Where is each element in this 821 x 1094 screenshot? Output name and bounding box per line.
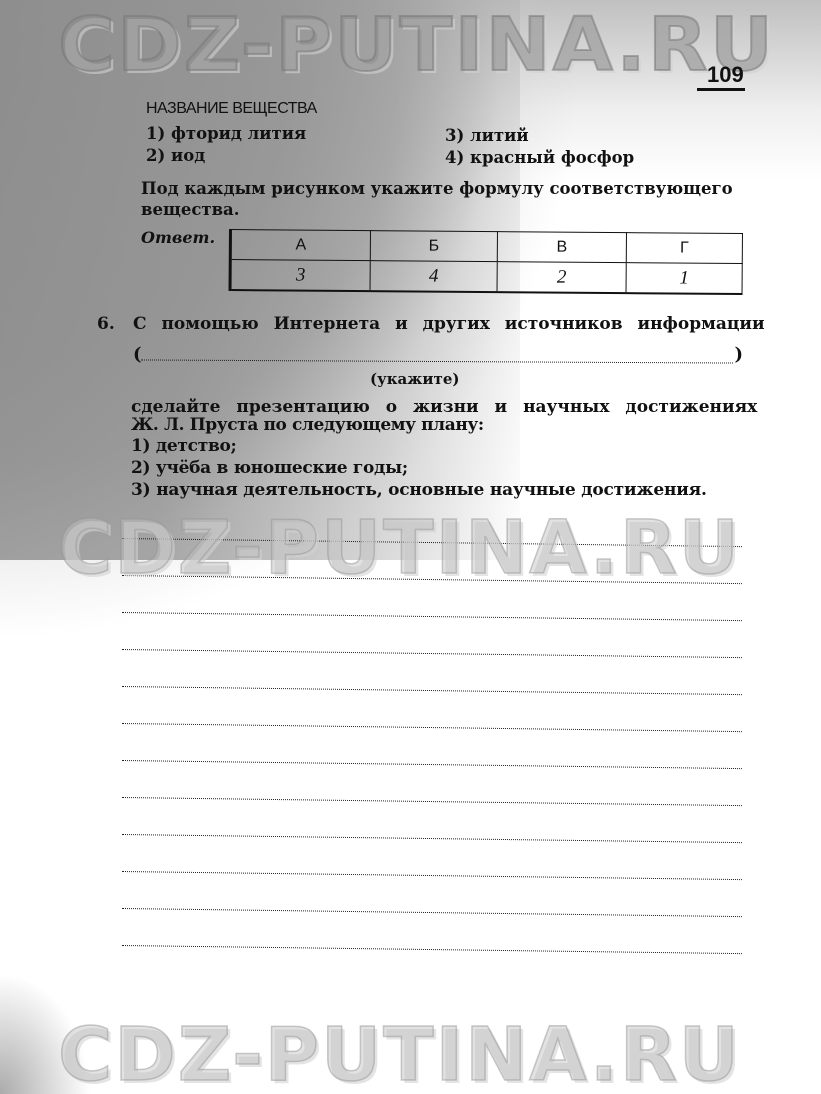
watermark-top: CDZ-PUTINA.RU xyxy=(58,2,775,88)
substances-heading: НАЗВАНИЕ ВЕЩЕСТВА xyxy=(146,100,317,118)
paren-open: ( xyxy=(133,344,142,365)
answer-header-cell: А xyxy=(230,230,370,261)
task-line: С помощью Интернета и других источников … xyxy=(133,314,765,334)
watermark-middle: CDZ-PUTINA.RU xyxy=(58,505,741,591)
answer-table: А Б В Г 3 4 2 1 xyxy=(229,229,743,295)
specify-hint: (укажите) xyxy=(370,370,459,388)
substance-option: 1) фторид лития xyxy=(146,124,306,143)
answer-value-cell[interactable]: 4 xyxy=(370,261,497,292)
plan-item: 2) учёба в юношеские годы; xyxy=(131,458,408,478)
answer-label: Ответ. xyxy=(141,228,215,247)
answer-value-cell[interactable]: 3 xyxy=(230,260,370,292)
page-number-underline xyxy=(697,88,745,91)
page-number: 109 xyxy=(707,62,744,88)
answer-value-cell[interactable]: 1 xyxy=(626,263,742,294)
source-blank[interactable]: ( ) xyxy=(133,346,733,366)
watermark-bottom: CDZ-PUTINA.RU xyxy=(58,1012,741,1094)
answer-value-row: 3 4 2 1 xyxy=(230,260,742,295)
substance-option: 4) красный фосфор xyxy=(445,148,634,167)
substance-option: 2) иод xyxy=(146,146,205,165)
paren-close: ) xyxy=(734,344,743,365)
plan-item: 3) научная деятельность, основные научны… xyxy=(131,480,707,500)
task-number: 6. xyxy=(97,314,115,334)
dotted-blank-line xyxy=(141,359,733,363)
task-line: сделайте презентацию о жизни и научных д… xyxy=(131,397,757,417)
plan-item: 1) детство; xyxy=(131,436,236,456)
answer-header-row: А Б В Г xyxy=(230,230,742,264)
answer-header-cell: В xyxy=(497,232,626,263)
substance-option: 3) литий xyxy=(445,126,529,145)
answer-header-cell: Б xyxy=(370,231,497,262)
task-line: Ж. Л. Пруста по следующему плану: xyxy=(131,415,484,435)
answer-value-cell[interactable]: 2 xyxy=(497,262,626,294)
instruction-line: вещества. xyxy=(141,200,239,219)
instruction-line: Под каждым рисунком укажите формулу соот… xyxy=(141,179,733,198)
answer-header-cell: Г xyxy=(626,233,742,264)
